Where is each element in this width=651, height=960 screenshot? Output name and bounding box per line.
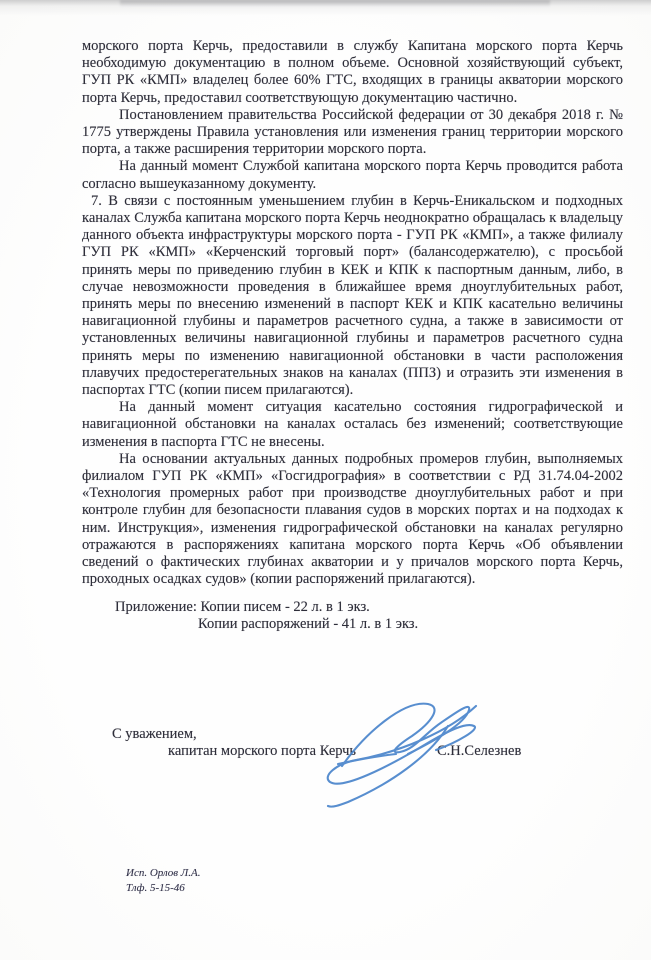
paragraph-surveys: На основании актуальных данных подробных… xyxy=(82,451,623,589)
executor-footer: Исп. Орлов Л.А. Тлф. 5-15-46 xyxy=(126,866,200,896)
scan-speck xyxy=(406,579,409,581)
executor-name: Исп. Орлов Л.А. xyxy=(126,866,200,881)
paragraph-continuation: морского порта Керчь, предоставили в слу… xyxy=(82,38,623,107)
attachment-block: Приложение: Копии писем - 22 л. в 1 экз.… xyxy=(115,599,418,633)
paragraph-decree: Постановлением правительства Российской … xyxy=(82,107,623,159)
attachment-line-orders: Копии распоряжений - 41 л. в 1 экз. xyxy=(115,616,418,633)
attachment-line-letters: Приложение: Копии писем - 22 л. в 1 экз. xyxy=(115,599,418,616)
signature-ink-strokes xyxy=(308,684,488,809)
handwritten-signature xyxy=(308,684,488,809)
closing-salutation: С уважением, xyxy=(112,726,197,743)
scanned-letter-page: морского порта Керчь, предоставили в слу… xyxy=(0,0,651,960)
letter-body: морского порта Керчь, предоставили в слу… xyxy=(82,38,623,589)
paragraph-current-work: На данный момент Службой капитана морско… xyxy=(82,158,623,192)
executor-phone: Тлф. 5-15-46 xyxy=(126,881,200,896)
scan-artifact-top-edge xyxy=(120,0,550,7)
paragraph-situation: На данный момент ситуация касательно сос… xyxy=(82,399,623,451)
paragraph-item-7: 7. В связи с постоянным уменьшением глуб… xyxy=(82,193,623,399)
